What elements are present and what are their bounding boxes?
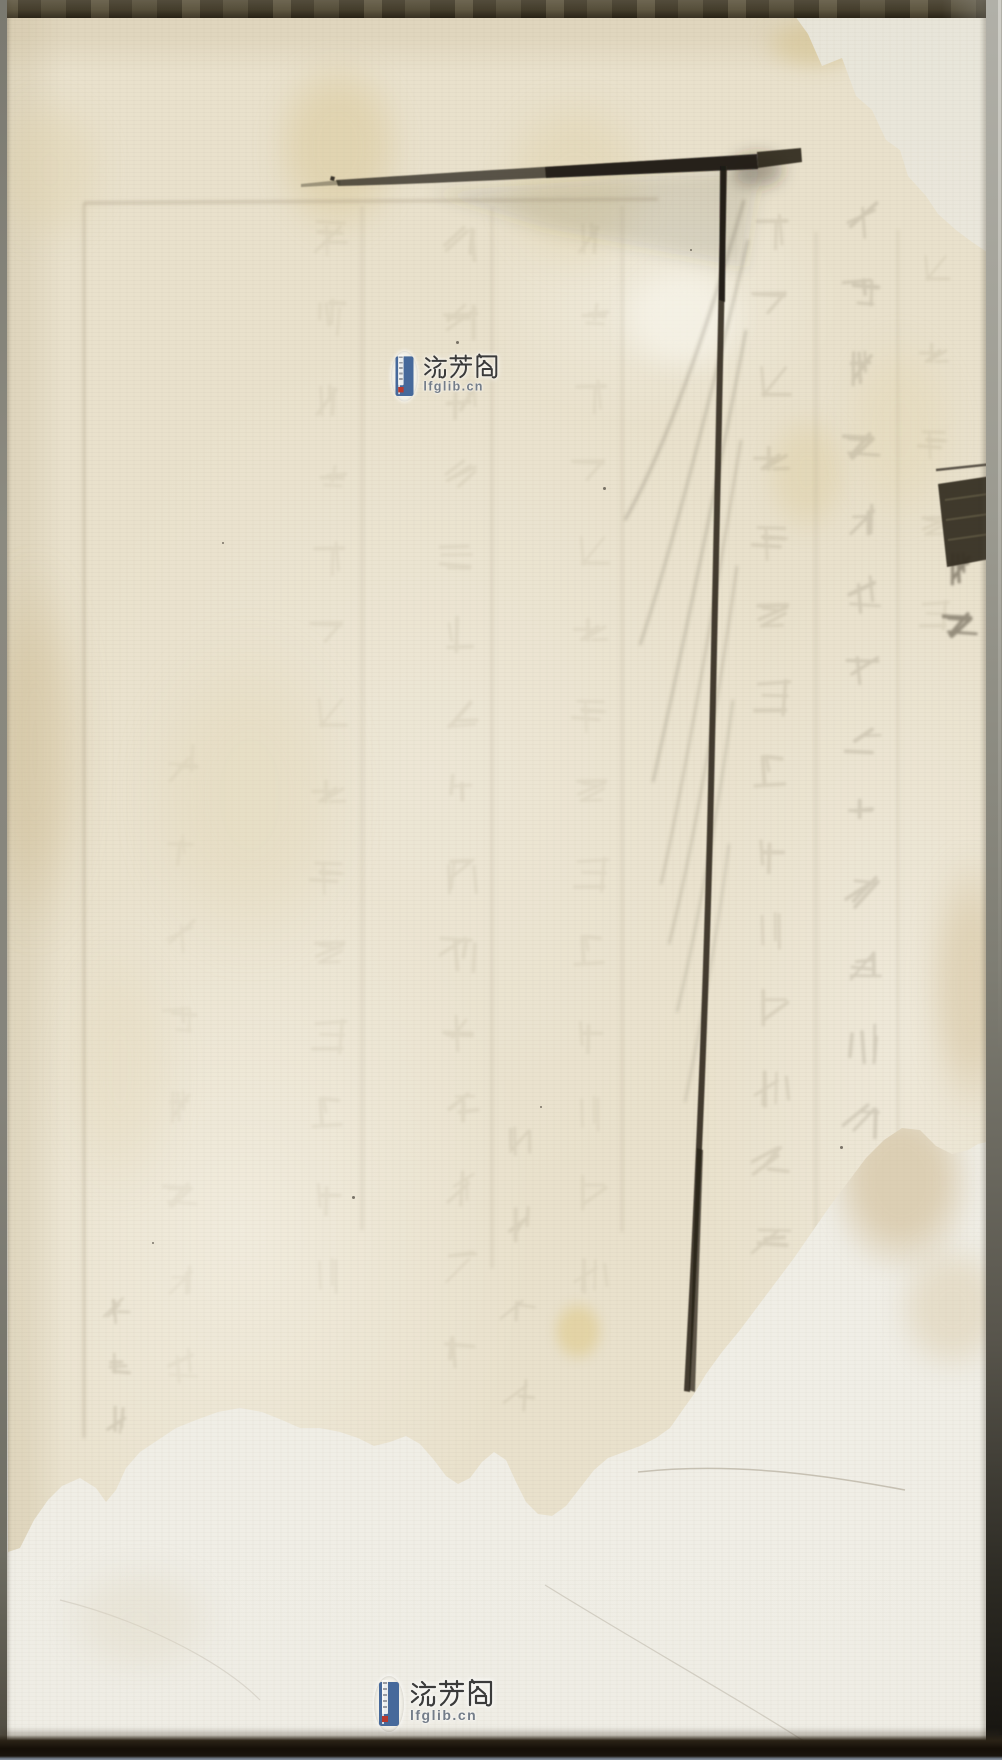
watermark-name-glyphs — [423, 353, 499, 380]
scanner-edge-right — [986, 0, 1002, 1760]
scanner-edge-top — [0, 0, 1002, 18]
book-title-label — [382, 1680, 388, 1714]
book-title-label — [398, 355, 403, 386]
watermark-site-url: lfglib.cn — [423, 379, 483, 393]
watermark-lfglib-top: lfglib.cn — [391, 351, 495, 403]
book-seal — [382, 1716, 388, 1722]
watermark-site-url: lfglib.cn — [410, 1707, 477, 1723]
scanned-book-page: lfglib.cn lfglib.cn — [0, 0, 1002, 1760]
watermark-name-glyphs — [410, 1678, 494, 1708]
drag-streaks — [625, 200, 748, 1102]
scanner-edge-bottom — [0, 1735, 1002, 1760]
lfglib-book-icon — [374, 1676, 404, 1732]
lfglib-book-icon — [391, 351, 418, 401]
book-seal — [398, 387, 403, 392]
scanner-edge-left — [0, 0, 7, 1760]
stain — [60, 1560, 220, 1680]
watermark-lfglib-bottom: lfglib.cn — [374, 1676, 490, 1734]
